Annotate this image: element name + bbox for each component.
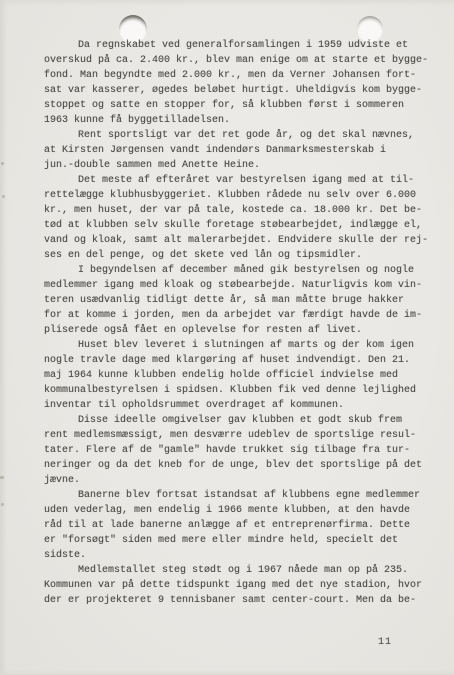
text-line: Kommunen var på dette tidspunkt igang me… [44, 578, 444, 593]
text-line: der er projekteret 9 tennisbaner samt ce… [44, 593, 444, 608]
text-line: vand og kloak, samt alt malerarbejdet. E… [44, 233, 444, 248]
text-line: kr., men huset, der var på tale, kostede… [44, 203, 444, 218]
text-line: rettelægge klubhusbyggeriet. Klubben råd… [44, 188, 444, 203]
paragraph: Huset blev leveret i slutningen af marts… [44, 338, 444, 413]
scan-speck [0, 476, 4, 479]
text-line: Da regnskabet ved generalforsamlingen i … [44, 38, 444, 53]
paper-edge-shadow-bottom [0, 670, 454, 675]
paragraph: I begyndelsen af december måned gik best… [44, 263, 444, 338]
text-line: rent medlemsmæssigt, men desværre udeble… [44, 428, 444, 443]
text-line: tød at klubben selv skulle foretage støb… [44, 218, 444, 233]
text-line: uden vederlag, men endelig i 1966 mente … [44, 503, 444, 518]
text-line: råd til at lade banerne anlægge af et en… [44, 518, 444, 533]
text-line: Medlemstallet steg stødt og i 1967 nåede… [44, 563, 444, 578]
paragraph: Da regnskabet ved generalforsamlingen i … [44, 38, 444, 128]
text-line: Disse ideelle omgivelser gav klubben et … [44, 413, 444, 428]
text-line: fond. Man begyndte med 2.000 kr., men da… [44, 68, 444, 83]
scan-speck [1, 503, 4, 506]
text-line: neringer og da det kneb for de unge, ble… [44, 458, 444, 473]
text-line: jævne. [44, 473, 444, 488]
paragraph: Banerne blev fortsat istandsat af klubbe… [44, 488, 444, 563]
text-line: inventar til opholdsrummet overdraget af… [44, 398, 444, 413]
text-line: Huset blev leveret i slutningen af marts… [44, 338, 444, 353]
text-line: stoppet og satte en stopper for, så klub… [44, 98, 444, 113]
paper-edge-shadow-left [0, 0, 7, 675]
text-line: er "forsøgt" siden med mere eller mindre… [44, 533, 444, 548]
text-line: kommunalbestyrelsen i spidsen. Klubben f… [44, 383, 444, 398]
text-line: I begyndelsen af december måned gik best… [44, 263, 444, 278]
text-line: medlemmer igang med kloak og støbearbejd… [44, 278, 444, 293]
text-line: sat var kasserer, øgedes beløbet hurtigt… [44, 83, 444, 98]
text-line: ses en del penge, og det skete ved lån o… [44, 248, 444, 263]
text-line: at Kirsten Jørgensen vandt indendørs Dan… [44, 143, 444, 158]
text-line: Rent sportsligt var det ret gode år, og … [44, 128, 444, 143]
page-number: 11 [378, 637, 392, 648]
text-line: maj 1964 kunne klubben endelig holde off… [44, 368, 444, 383]
text-line: Det meste af efteråret var bestyrelsen i… [44, 173, 444, 188]
text-line: 1963 kunne få byggetilladelsen. [44, 113, 444, 128]
text-line: nogle travle dage med klargøring af huse… [44, 353, 444, 368]
text-line: jun.-double sammen med Anette Heine. [44, 158, 444, 173]
text-line: sidste. [44, 548, 444, 563]
text-line: Banerne blev fortsat istandsat af klubbe… [44, 488, 444, 503]
document-text: Da regnskabet ved generalforsamlingen i … [44, 38, 444, 608]
text-line: tater. Flere af de "gamle" havde trukket… [44, 443, 444, 458]
paragraph: Medlemstallet steg stødt og i 1967 nåede… [44, 563, 444, 608]
text-line: pliserede også fået en oplevelse for res… [44, 323, 444, 338]
text-line: teren usædvanlig tidligt dette år, så ma… [44, 293, 444, 308]
text-line: for at komme i jorden, men da arbejdet v… [44, 308, 444, 323]
paragraph: Det meste af efteråret var bestyrelsen i… [44, 173, 444, 263]
scan-speck [1, 162, 4, 165]
paper-edge-shadow-top [0, 0, 454, 6]
paragraph: Disse ideelle omgivelser gav klubben et … [44, 413, 444, 488]
paper-sheet: Da regnskabet ved generalforsamlingen i … [0, 0, 454, 675]
paragraph: Rent sportsligt var det ret gode år, og … [44, 128, 444, 173]
scan-speck [2, 195, 5, 198]
text-line: overskud på ca. 2.400 kr., blev man enig… [44, 53, 444, 68]
